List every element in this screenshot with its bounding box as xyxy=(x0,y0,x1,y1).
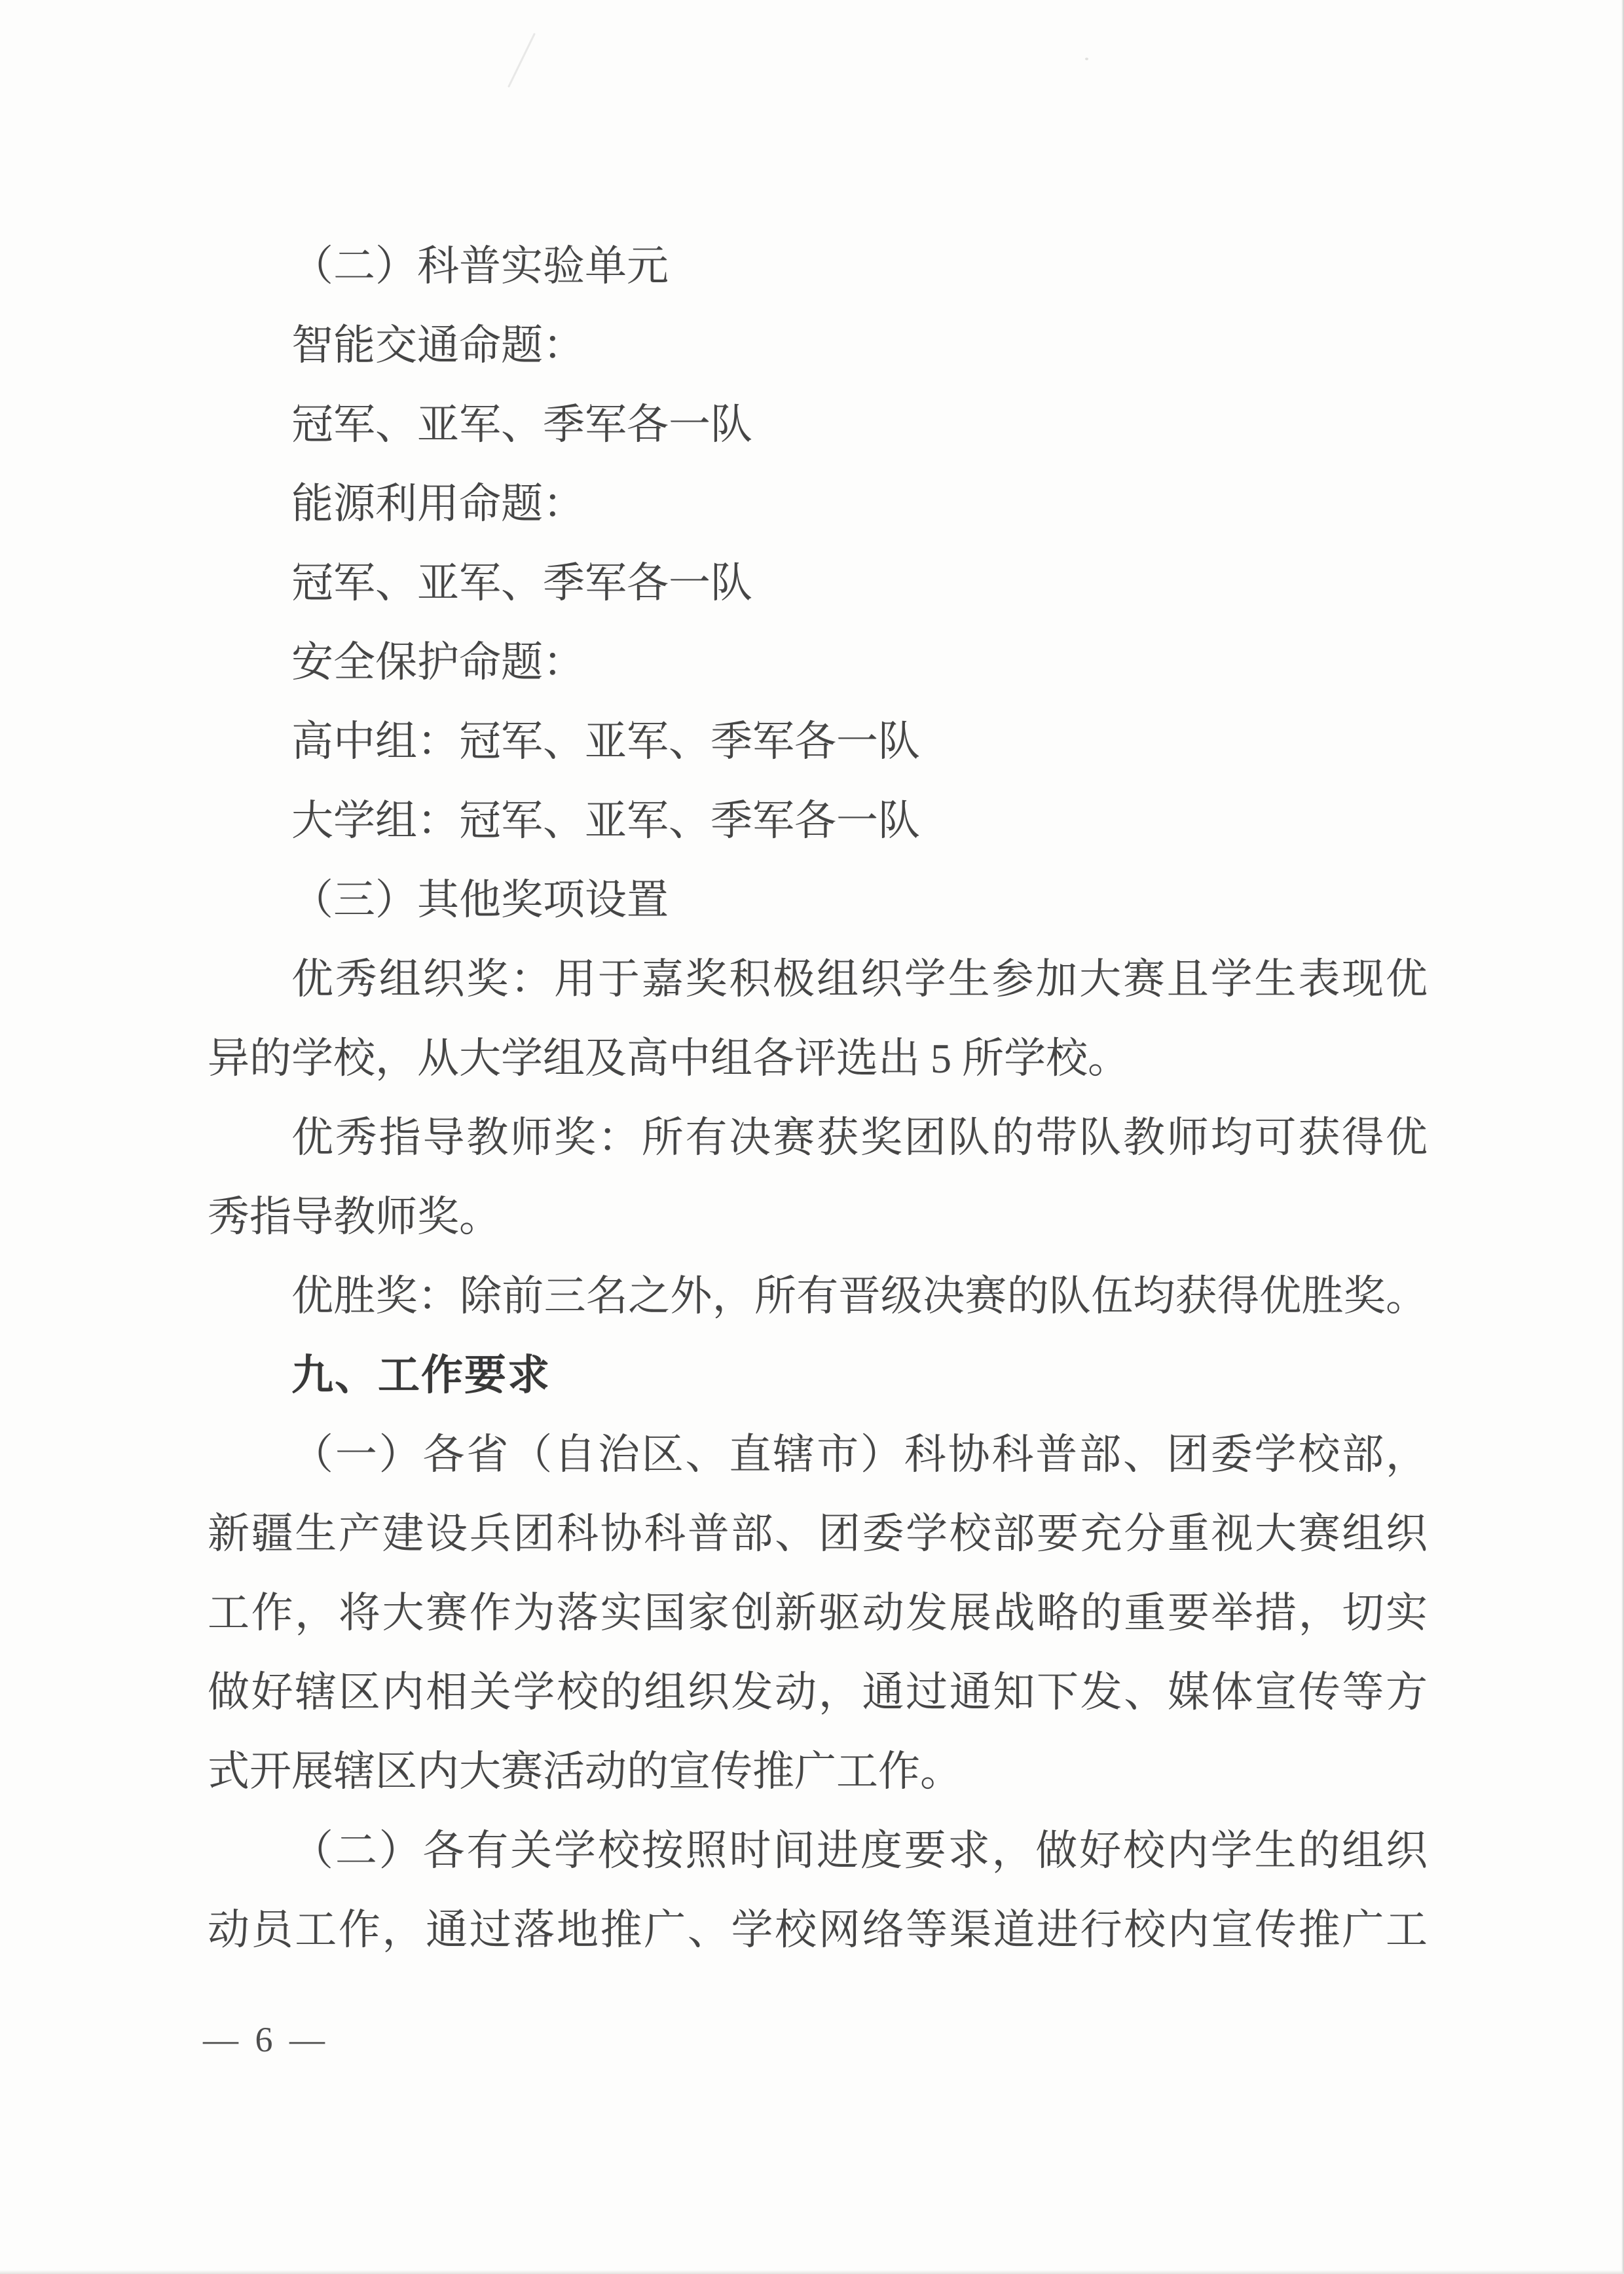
document-text-line: 新疆生产建设兵团科协科普部、团委学校部要充分重视大赛组织 xyxy=(208,1494,1428,1573)
scan-bottom-edge xyxy=(0,2270,1624,2274)
document-text-line: 优秀指导教师奖：所有决赛获奖团队的带队教师均可获得优 xyxy=(208,1098,1428,1177)
scan-scratch-artifact xyxy=(507,33,536,88)
document-text-line: 智能交通命题： xyxy=(208,306,1428,385)
document-text-line: 优秀组织奖：用于嘉奖积极组织学生参加大赛且学生表现优 xyxy=(208,940,1428,1019)
page-number: — 6 — xyxy=(203,2017,329,2063)
document-text-line: （一）各省（自治区、直辖市）科协科普部、团委学校部， xyxy=(208,1415,1428,1494)
document-text-line: 动员工作，通过落地推广、学校网络等渠道进行校内宣传推广工 xyxy=(208,1890,1428,1970)
document-page: （二）科普实验单元智能交通命题：冠军、亚军、季军各一队能源利用命题：冠军、亚军、… xyxy=(0,0,1624,2274)
document-text-line: 异的学校，从大学组及高中组各评选出 5 所学校。 xyxy=(208,1019,1428,1098)
document-text-line: 冠军、亚军、季军各一队 xyxy=(208,543,1428,623)
document-text-line: 大学组：冠军、亚军、季军各一队 xyxy=(208,781,1428,860)
document-text-line: 能源利用命题： xyxy=(208,464,1428,543)
document-text-line: （二）各有关学校按照时间进度要求，做好校内学生的组织 xyxy=(208,1811,1428,1890)
document-text-line: 高中组：冠军、亚军、季军各一队 xyxy=(208,702,1428,781)
section-heading-line: 九、工作要求 xyxy=(208,1336,1428,1415)
document-text-line: 工作，将大赛作为落实国家创新驱动发展战略的重要举措，切实 xyxy=(208,1573,1428,1653)
document-body: （二）科普实验单元智能交通命题：冠军、亚军、季军各一队能源利用命题：冠军、亚军、… xyxy=(208,227,1428,1970)
document-text-line: （二）科普实验单元 xyxy=(208,227,1428,306)
document-text-line: 秀指导教师奖。 xyxy=(208,1177,1428,1256)
scan-speck-artifact xyxy=(1085,58,1088,60)
document-text-line: （三）其他奖项设置 xyxy=(208,860,1428,940)
scan-right-edge xyxy=(1621,0,1624,2274)
document-text-line: 冠军、亚军、季军各一队 xyxy=(208,385,1428,464)
document-text-line: 式开展辖区内大赛活动的宣传推广工作。 xyxy=(208,1732,1428,1811)
document-text-line: 做好辖区内相关学校的组织发动，通过通知下发、媒体宣传等方 xyxy=(208,1653,1428,1732)
document-text-line: 优胜奖：除前三名之外，所有晋级决赛的队伍均获得优胜奖。 xyxy=(208,1256,1428,1336)
document-text-line: 安全保护命题： xyxy=(208,623,1428,702)
